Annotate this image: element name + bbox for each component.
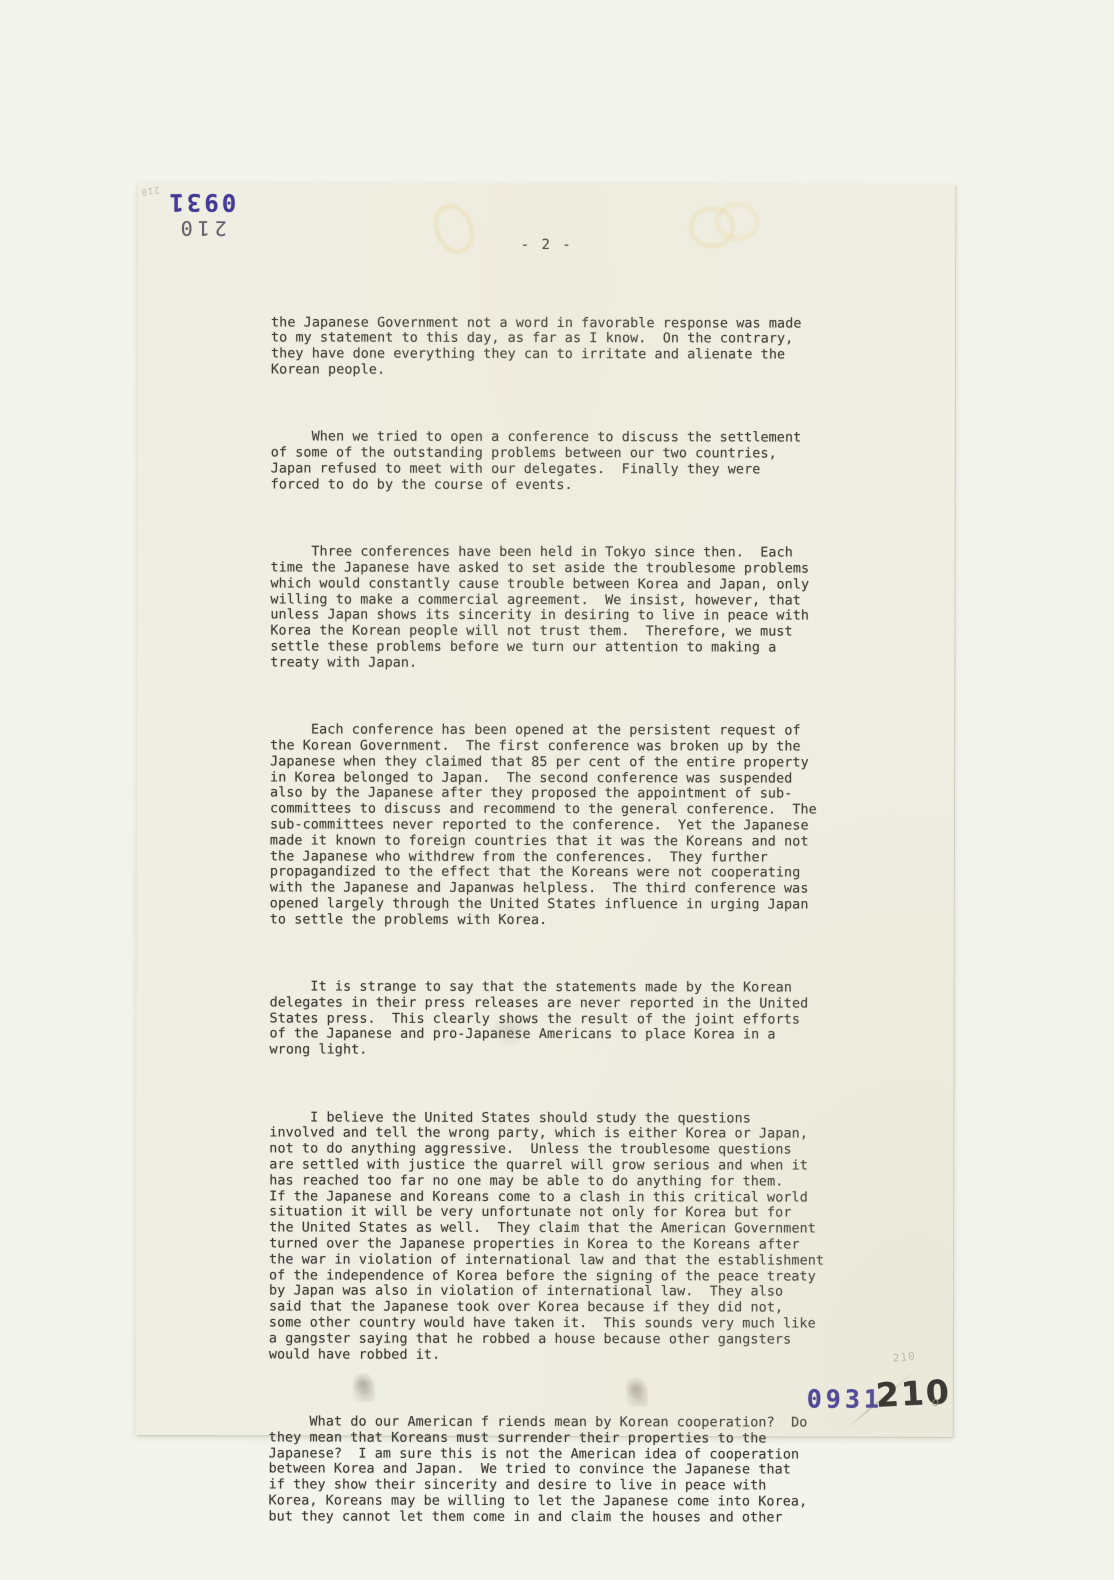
ink-smudge-bottom-center [626, 1376, 648, 1406]
pencil-mark-top-left: 210 [140, 184, 160, 197]
paragraph: Each conference has been opened at the p… [270, 723, 855, 930]
stain-ring-right-b [715, 202, 759, 240]
handwritten-210: 210 [875, 1372, 952, 1415]
paragraph: I believe the United States should study… [269, 1110, 855, 1364]
document-page: 210 210 0931 - 2 - the Japanese Governme… [136, 183, 956, 1437]
paragraph: What do our American f riends mean by Ko… [269, 1414, 854, 1526]
rotated-archive-stamp: 210 0931 [158, 186, 244, 240]
stamp-serial-bottom: 0931 [807, 1385, 883, 1414]
scan-background: 210 210 0931 - 2 - the Japanese Governme… [0, 0, 1114, 1580]
ink-smudge-middle [489, 1016, 529, 1046]
page-number: - 2 - [138, 236, 955, 254]
ink-smudge-bottom-left [353, 1372, 375, 1402]
stamp-serial-0931: 0931 [158, 188, 244, 216]
pencil-note-210: 210 [892, 1350, 916, 1365]
paragraph: It is strange to say that the statements… [269, 980, 854, 1060]
paragraph: Three conferences have been held in Toky… [270, 545, 855, 673]
paragraph: When we tried to open a conference to di… [271, 430, 856, 494]
paragraph: the Japanese Government not a word in fa… [271, 315, 856, 379]
